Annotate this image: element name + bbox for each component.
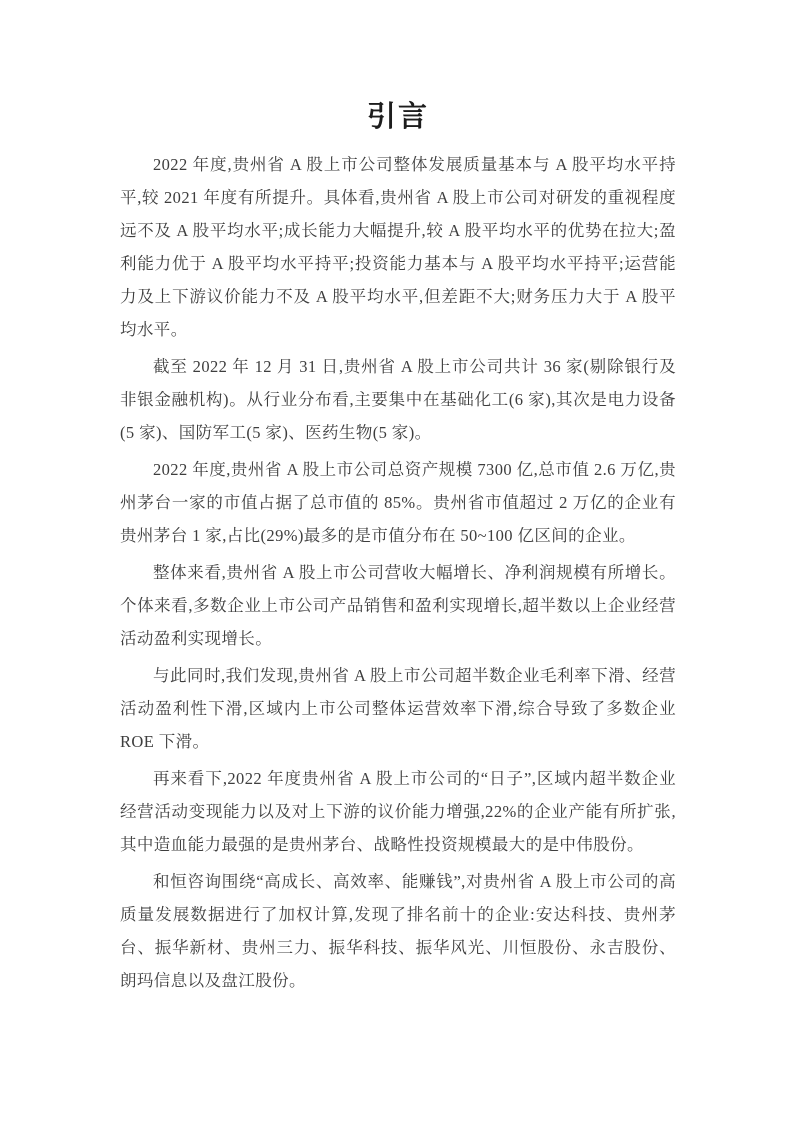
paragraph-decline: 与此同时,我们发现,贵州省 A 股上市公司超半数企业毛利率下滑、经营活动盈利性下… xyxy=(120,659,676,758)
paragraph-top-ten: 和恒咨询围绕“高成长、高效率、能赚钱”,对贵州省 A 股上市公司的高质量发展数据… xyxy=(120,865,676,997)
body-text: 2022 年度,贵州省 A 股上市公司整体发展质量基本与 A 股平均水平持平,较… xyxy=(120,148,676,997)
document-page: 引言 2022 年度,贵州省 A 股上市公司整体发展质量基本与 A 股平均水平持… xyxy=(0,0,794,1123)
paragraph-growth: 整体来看,贵州省 A 股上市公司营收大幅增长、净利润规模有所增长。个体来看,多数… xyxy=(120,556,676,655)
page-title: 引言 xyxy=(120,98,676,136)
page-content: 引言 2022 年度,贵州省 A 股上市公司整体发展质量基本与 A 股平均水平持… xyxy=(120,98,676,997)
paragraph-market-value: 2022 年度,贵州省 A 股上市公司总资产规模 7300 亿,总市值 2.6 … xyxy=(120,453,676,552)
paragraph-company-count: 截至 2022 年 12 月 31 日,贵州省 A 股上市公司共计 36 家(剔… xyxy=(120,350,676,449)
paragraph-overview: 2022 年度,贵州省 A 股上市公司整体发展质量基本与 A 股平均水平持平,较… xyxy=(120,148,676,346)
paragraph-operations: 再来看下,2022 年度贵州省 A 股上市公司的“日子”,区域内超半数企业经营活… xyxy=(120,762,676,861)
